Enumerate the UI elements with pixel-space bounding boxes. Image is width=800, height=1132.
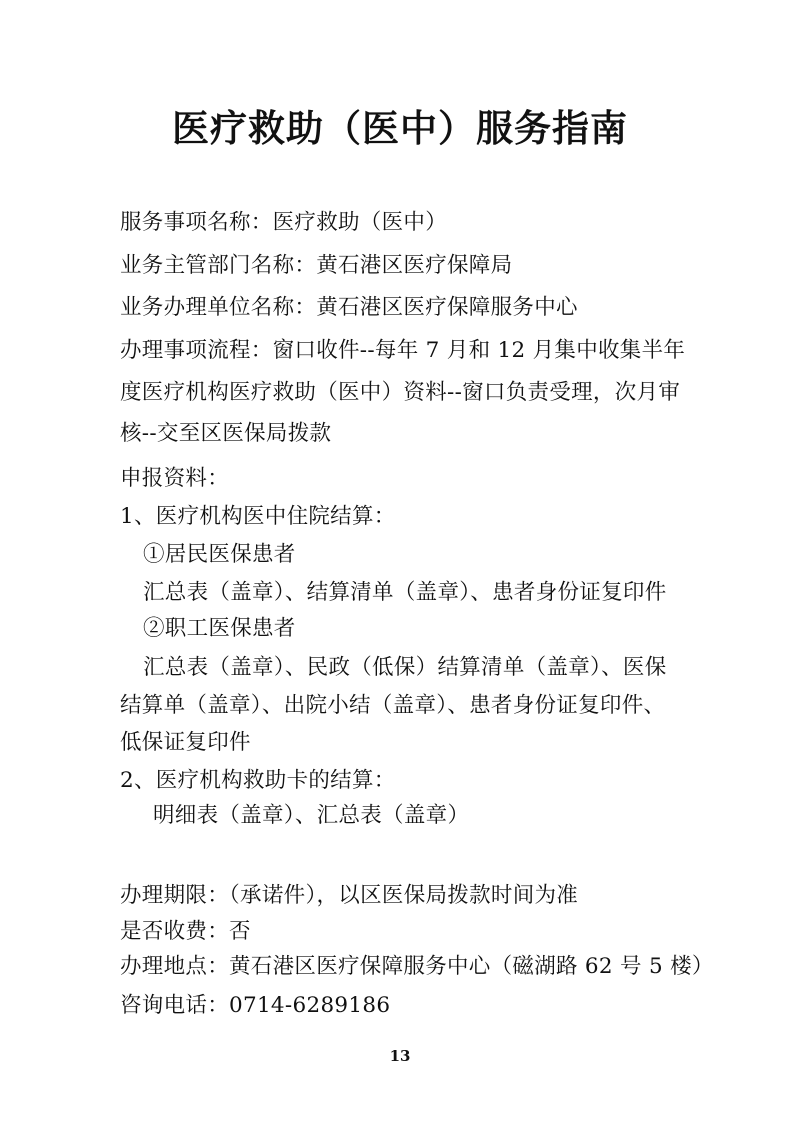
line-dept-name: 业务主管部门名称：黄石港区医疗保障局 [120, 253, 512, 279]
document-title: 医疗救助（医中）服务指南 [0, 106, 800, 150]
line-unit-name: 业务办理单位名称：黄石港区医疗保障服务中心 [120, 295, 578, 321]
page-number: 13 [0, 1046, 800, 1066]
line-item1-sub2-docs-2: 结算单（盖章）、出院小结（盖章）、患者身份证复印件、 [120, 693, 665, 719]
line-process-2: 度医疗机构医疗救助（医中）资料--窗口负责受理，次月审 [120, 380, 680, 406]
line-item1-sub2-docs-1: 汇总表（盖章）、民政（低保）结算清单（盖章）、医保 [143, 655, 667, 681]
line-process-1: 办理事项流程：窗口收件--每年 7 月和 12 月集中收集半年 [120, 338, 685, 364]
line-phone: 咨询电话：0714-6289186 [120, 993, 390, 1019]
line-item1-sub1-docs: 汇总表（盖章）、结算清单（盖章）、患者身份证复印件 [143, 580, 667, 606]
line-deadline: 办理期限：（承诺件），以区医保局拨款时间为准 [120, 883, 578, 909]
line-service-name: 服务事项名称：医疗救助（医中） [120, 210, 447, 236]
line-fee: 是否收费：否 [120, 919, 251, 945]
line-item1-sub2-docs-3: 低保证复印件 [120, 730, 251, 756]
line-item1-sub2: ②职工医保患者 [143, 616, 296, 642]
line-materials-heading: 申报资料： [120, 466, 229, 492]
line-process-3: 核--交至区医保局拨款 [120, 421, 331, 447]
line-address: 办理地点：黄石港区医疗保障服务中心（磁湖路 62 号 5 楼） [120, 954, 714, 980]
line-item2-docs: 明细表（盖章）、汇总表（盖章） [153, 803, 469, 829]
line-item2-heading: 2、医疗机构救助卡的结算： [120, 768, 396, 794]
line-item1-sub1: ①居民医保患者 [143, 542, 296, 568]
document-page: 医疗救助（医中）服务指南 服务事项名称：医疗救助（医中） 业务主管部门名称：黄石… [0, 0, 800, 1132]
line-item1-heading: 1、医疗机构医中住院结算： [120, 504, 396, 530]
